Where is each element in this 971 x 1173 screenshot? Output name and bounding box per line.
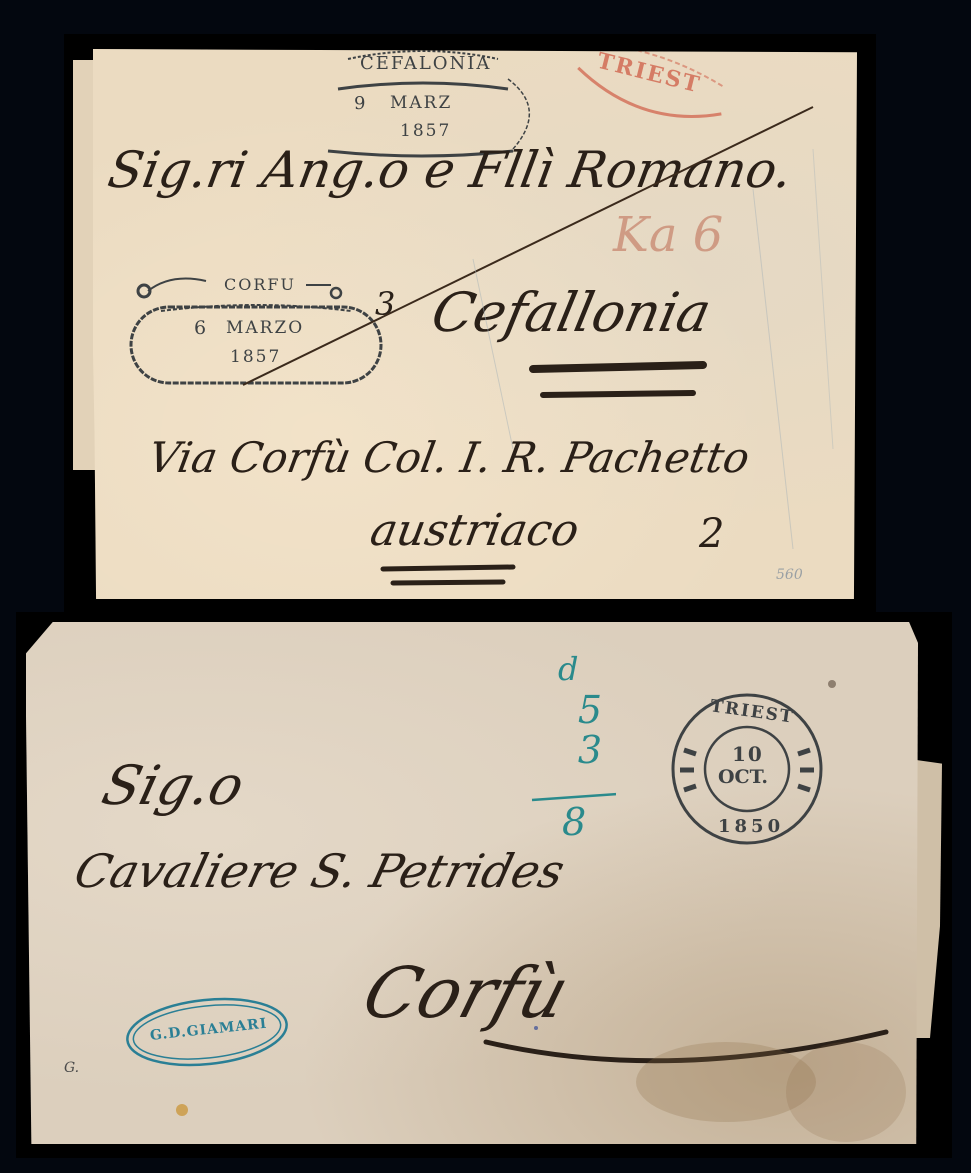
bottom-pencil-note: G. xyxy=(64,1060,79,1076)
cefalonia-year: 1857 xyxy=(400,121,451,141)
bottom-address-line-1: Sig.o xyxy=(96,754,250,817)
trieste-circular-postmark: TRIEST 10 OCT. 1850 xyxy=(668,690,826,848)
cefalonia-town: CEFALONIA xyxy=(360,53,491,74)
corfu-day: 6 xyxy=(194,317,208,339)
rate-denominator: 8 xyxy=(562,800,588,844)
red-manuscript-rate: Ka 6 xyxy=(613,207,723,263)
bottom-address-line-3: Corfù xyxy=(354,952,578,1034)
top-address-line-1: Sig.ri Ang.o e Fllì Romano. xyxy=(104,141,797,199)
corfu-year: 1857 xyxy=(230,347,281,367)
cefalonia-month: MARZ xyxy=(390,93,452,113)
top-cover: CEFALONIA 9 MARZ 1857 TRIEST CORFU 6 MAR… xyxy=(93,49,857,599)
trieste-circle-year: 1850 xyxy=(718,816,784,837)
corfu-month: MARZO xyxy=(226,318,304,338)
bottom-address-line-2: Cavaliere S. Petrides xyxy=(69,844,570,898)
corfu-town: CORFU xyxy=(224,275,296,294)
bottom-cover: d 53 8 TRIEST 10 OCT. 1850 G.D.GIAMARI S… xyxy=(26,622,918,1144)
top-address-line-2: Cefallonia xyxy=(426,281,716,344)
teal-rate-marking: d 53 8 xyxy=(526,650,616,850)
top-address-line-3: Via Corfù Col. I. R. Pachetto xyxy=(145,433,754,482)
trieste-circle-month: OCT. xyxy=(718,766,768,788)
pencil-note: 560 xyxy=(776,567,803,583)
sender-oval-handstamp: G.D.GIAMARI xyxy=(121,988,294,1077)
numeral-3-marking: 3 xyxy=(375,285,395,323)
numeral-2-marking: 2 xyxy=(699,511,724,557)
trieste-circle-day: 10 xyxy=(732,742,764,766)
cefalonia-day: 9 xyxy=(354,93,367,114)
trieste-red-handstamp: TRIEST xyxy=(565,49,737,139)
top-address-line-4: austriaco xyxy=(367,505,583,556)
corfu-postmark: CORFU 6 MARZO 1857 xyxy=(126,271,386,389)
